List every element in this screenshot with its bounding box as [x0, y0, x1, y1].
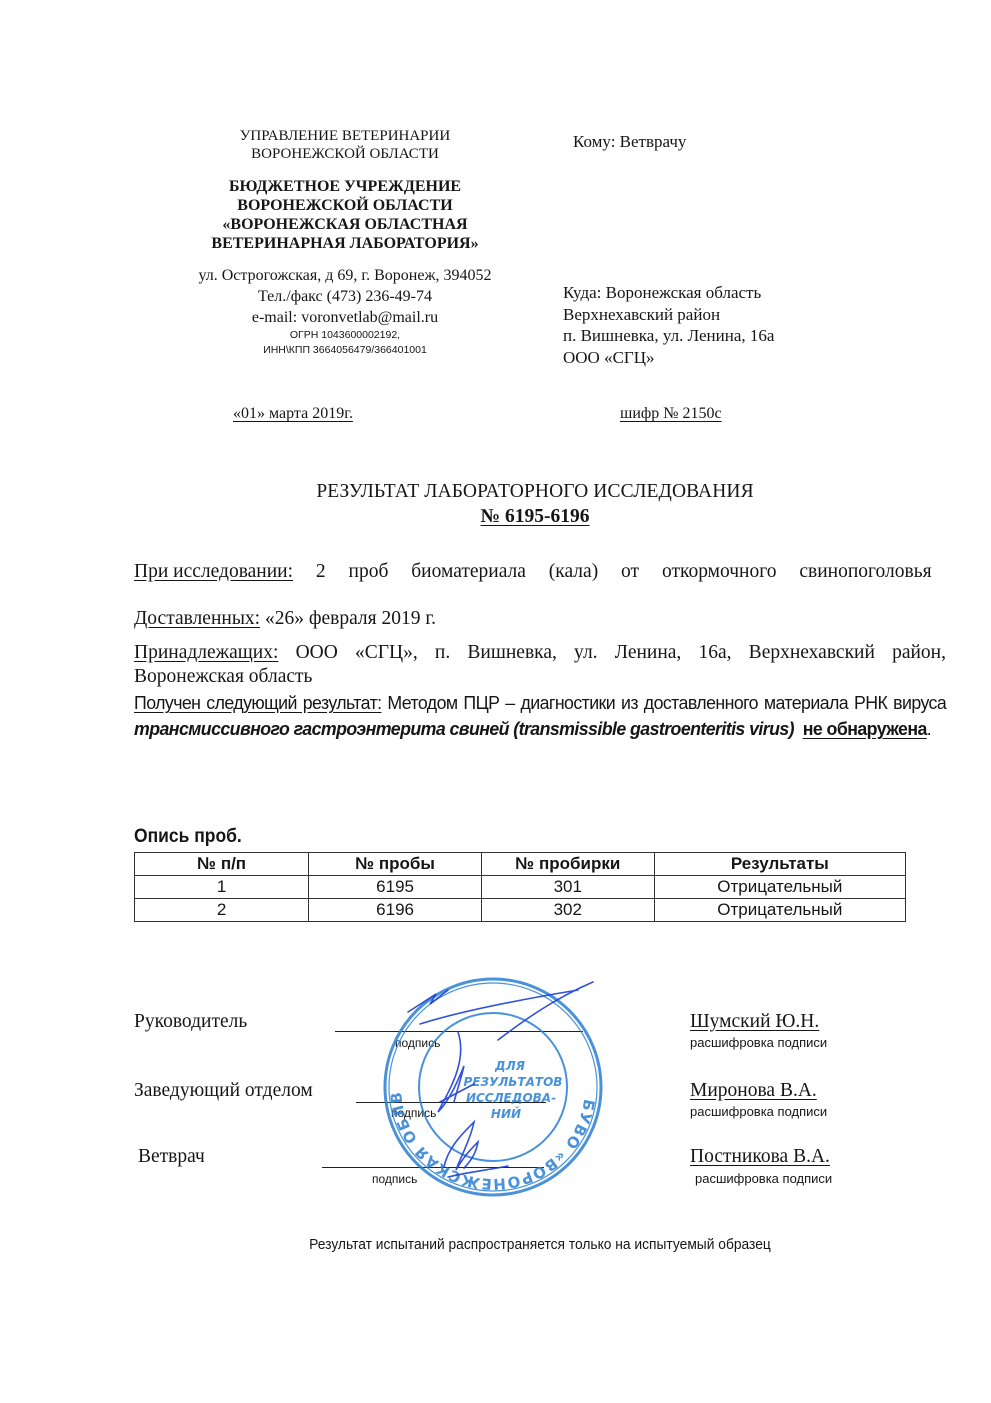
document-title: РЕЗУЛЬТАТ ЛАБОРАТОРНОГО ИССЛЕДОВАНИЯ: [0, 481, 991, 503]
recipient: Кому: Ветврачу: [573, 132, 686, 152]
email: e-mail: voronvetlab@mail.ru: [150, 307, 540, 328]
table-cell: 6195: [309, 876, 482, 899]
inn-kpp: ИНН\КПП 3664056479/366401001: [150, 343, 540, 358]
study-label: При исследовании:: [134, 561, 293, 582]
delivered-text: «26» февраля 2019 г.: [260, 608, 436, 629]
signature-caption: подпись: [372, 1172, 417, 1186]
table-row: 2 6196 302 Отрицательный: [135, 899, 906, 922]
table-cell: 1: [135, 876, 309, 899]
organization-line-4: ВЕТЕРИНАРНАЯ ЛАБОРАТОРИЯ»: [150, 234, 540, 253]
signer-role: Заведующий отделом: [134, 1080, 313, 1102]
destination-line-4: ООО «СГЦ»: [563, 347, 774, 369]
table-row: 1 6195 301 Отрицательный: [135, 876, 906, 899]
result-text: Методом ПЦР – диагностики из доставленно…: [382, 692, 947, 713]
ogrn: ОГРН 1043600002192,: [150, 328, 540, 343]
phone: Тел./факс (473) 236-49-74: [150, 286, 540, 307]
destination-line-2: Верхнехавский район: [563, 304, 774, 326]
result-verdict: не обнаружена: [803, 718, 927, 739]
signer-name: Постникова В.А.: [690, 1146, 830, 1168]
column-header: № пробы: [309, 853, 482, 876]
table-cell: 302: [481, 899, 654, 922]
organization-line-3: «ВОРОНЕЖСКАЯ ОБЛАСТНАЯ: [150, 215, 540, 234]
column-header: Результаты: [654, 853, 905, 876]
virus-name: трансмиссивного гастроэнтерита свиней (t…: [134, 718, 794, 739]
delivered-paragraph: Доставленных: «26» февраля 2019 г.: [134, 607, 946, 631]
signature-line: [322, 1167, 544, 1168]
table-cell: 301: [481, 876, 654, 899]
document-number: № 6195-6196: [0, 506, 991, 528]
svg-text:ДЛЯ: ДЛЯ: [494, 1059, 525, 1073]
signature-caption: подпись: [391, 1106, 436, 1120]
svg-text:БУВО «ВОРОНЕЖСКАЯ ОБЛВЕТЛАБ»: БУВО «ВОРОНЕЖСКАЯ ОБЛВЕТЛАБ»: [378, 972, 598, 1193]
signer-name-caption: расшифровка подписи: [695, 1171, 832, 1186]
study-text: 2 проб биоматериала (кала) от откормочно…: [293, 561, 932, 582]
inventory-title: Опись проб.: [134, 826, 242, 848]
destination-address: Куда: Воронежская область Верхнехавский …: [563, 282, 774, 368]
table-cell: Отрицательный: [654, 899, 905, 922]
department-line-2: ВОРОНЕЖСКОЙ ОБЛАСТИ: [150, 145, 540, 163]
column-header: № пробирки: [481, 853, 654, 876]
table-cell: Отрицательный: [654, 876, 905, 899]
destination-line-3: п. Вишневка, ул. Ленина, 16а: [563, 325, 774, 347]
signature-line: [356, 1102, 546, 1103]
department-line-1: УПРАВЛЕНИЕ ВЕТЕРИНАРИИ: [150, 127, 540, 145]
signer-name: Миронова В.А.: [690, 1080, 817, 1102]
address: ул. Острогожская, д 69, г. Воронеж, 3940…: [150, 265, 540, 286]
document-date: «01» марта 2019г.: [233, 405, 353, 423]
signer-role: Руководитель: [134, 1011, 247, 1033]
table-cell: 2: [135, 899, 309, 922]
signer-name-caption: расшифровка подписи: [690, 1035, 827, 1050]
footer-note: Результат испытаний распространяется тол…: [43, 1236, 991, 1253]
table-cell: 6196: [309, 899, 482, 922]
result-end: .: [927, 718, 931, 739]
organization-name: БЮДЖЕТНОЕ УЧРЕЖДЕНИЕ ВОРОНЕЖСКОЙ ОБЛАСТИ…: [150, 177, 540, 253]
organization-line-1: БЮДЖЕТНОЕ УЧРЕЖДЕНИЕ: [150, 177, 540, 196]
organization-line-2: ВОРОНЕЖСКОЙ ОБЛАСТИ: [150, 196, 540, 215]
owner-label: Принадлежащих:: [134, 642, 278, 663]
cipher-number: шифр № 2150с: [620, 405, 722, 423]
signature-line: [335, 1031, 583, 1032]
signer-name-caption: расшифровка подписи: [690, 1104, 827, 1119]
destination-line-1: Куда: Воронежская область: [563, 282, 774, 304]
signer-role: Ветврач: [138, 1146, 205, 1168]
study-paragraph: При исследовании: 2 проб биоматериала (к…: [134, 560, 946, 584]
document-number-text: № 6195-6196: [481, 506, 590, 527]
svg-text:НИЙ: НИЙ: [491, 1106, 521, 1121]
signature-caption: подпись: [395, 1036, 440, 1050]
owner-paragraph: Принадлежащих: ООО «СГЦ», п. Вишневка, у…: [134, 641, 946, 688]
svg-text:РЕЗУЛЬТАТОВ: РЕЗУЛЬТАТОВ: [464, 1075, 563, 1089]
signer-name: Шумский Ю.Н.: [690, 1011, 819, 1033]
issuer-block: УПРАВЛЕНИЕ ВЕТЕРИНАРИИ ВОРОНЕЖСКОЙ ОБЛАС…: [150, 127, 540, 358]
table-header-row: № п/п № пробы № пробирки Результаты: [135, 853, 906, 876]
column-header: № п/п: [135, 853, 309, 876]
result-paragraph: Получен следующий результат: Методом ПЦР…: [134, 690, 946, 742]
inventory-table: № п/п № пробы № пробирки Результаты 1 61…: [134, 852, 906, 922]
contact-block: ул. Острогожская, д 69, г. Воронеж, 3940…: [150, 265, 540, 328]
delivered-label: Доставленных:: [134, 608, 260, 629]
result-label: Получен следующий результат:: [134, 692, 382, 713]
